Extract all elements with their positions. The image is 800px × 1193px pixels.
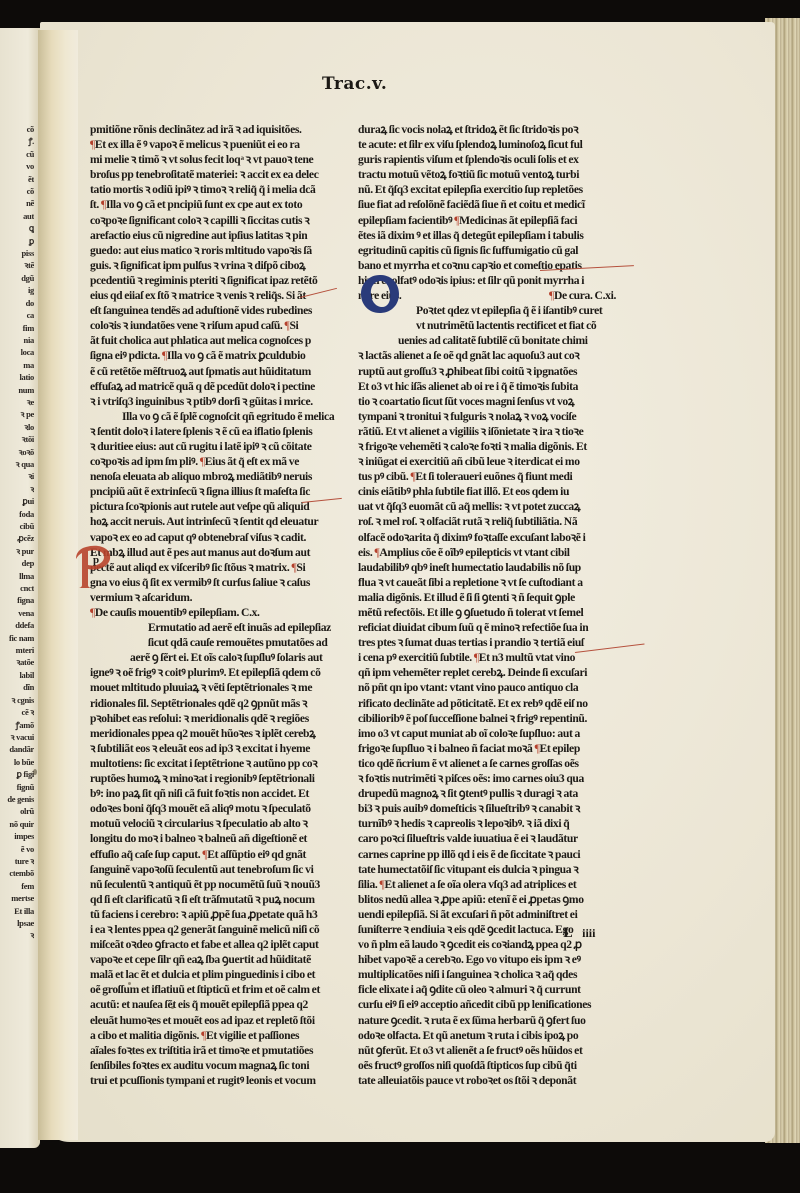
- left-page-fragment: cnct: [0, 582, 34, 594]
- text-line: vapoꝛe et cepe ſilr qñ eaꝝ ſba ꝯuertit a…: [90, 952, 335, 967]
- pilcrow-mark: ¶: [411, 470, 416, 483]
- text-line: broſus pp tenebroſitatẽ materiei: ꝛ acci…: [90, 167, 335, 182]
- text-line: ꝛ i vtriſq3 inguinibus ꝛ ptibꝰ dorſi ꝛ g…: [90, 394, 335, 409]
- text-line: ꝛ ſubtiliãt eos ꝛ eleuãt eos ad ip3 ꝛ ex…: [90, 741, 335, 756]
- pilcrow-mark: ¶: [285, 319, 290, 332]
- text-line: caro poꝛci ſilueſtris valde iuuatiua ẽ e…: [358, 831, 616, 846]
- text-line: vapoꝛ ex eo ad caput qꝰ obtenebraſ viſus…: [90, 530, 335, 545]
- signature-mark: Liiii: [563, 926, 595, 941]
- text-line: a cibo et malitia digõnis. ¶Et vigilie e…: [90, 1028, 335, 1043]
- text-line: ſicut qdã cauſe remouẽtes pmutatões ad: [90, 635, 335, 650]
- text-line: mi melie ꝛ timõ ꝛ vt solus fecit loqͣ ꝛ …: [90, 152, 335, 167]
- left-page-fragment: fem: [0, 880, 34, 892]
- left-facing-page: cõꝭ.cũvoẽtcõnẽautꝗꝑpissꝛtẽdgũigdocafimni…: [0, 28, 40, 1148]
- text-line: pcedentiũ ꝛ regiminis pteriti ꝛ ſignific…: [90, 273, 335, 288]
- signature-letter: L: [563, 926, 572, 941]
- text-column-right: duraꝝ ſic vocis nolaꝝ et ſtridoꝝ ẽt ſic …: [358, 122, 616, 1088]
- initial-o-glyph: [358, 272, 402, 316]
- text-line: ruptões humoꝝ ꝛ minoꝛat i regionibꝰ ſept…: [90, 771, 335, 786]
- left-page-fragment: ꝑ figi: [0, 768, 34, 780]
- text-line: nõ pñt qn ipo vtant: vtant vino pauco an…: [358, 680, 616, 695]
- left-page-fragment: ꝭamõ: [0, 719, 34, 731]
- text-line: oẽs fructꝰ groſſos niſi quoſdã ſtipticos…: [358, 1058, 616, 1073]
- text-line: malia digõnis. Et illud ẽ ſi ſi ꝯtenti ꝛ…: [358, 590, 616, 605]
- text-line: tate humectatõiſ ſic vitupant eis dulcia…: [358, 862, 616, 877]
- pilcrow-mark: ¶: [374, 546, 379, 559]
- text-line: ꝛ iniũgat ei exercitiũ añ cibũ leue ꝛ it…: [358, 454, 616, 469]
- pilcrow-mark: ¶: [90, 606, 95, 619]
- text-line: coꝛpoꝛe ſignificant coloꝛ ꝛ capilli ꝛ ſi…: [90, 213, 335, 228]
- left-page-fragment: latio: [0, 371, 34, 383]
- left-page-fragment: ctembõ: [0, 867, 34, 879]
- left-page-fragment: impes: [0, 830, 34, 842]
- left-page-fragment: aut: [0, 210, 34, 222]
- left-page-fragment: ꝛtẽ: [0, 259, 34, 271]
- initial-p-glyph: p: [72, 543, 116, 589]
- text-line: ſilia. ¶Et alienet a ſe oĩa olera vſq3 a…: [358, 877, 616, 892]
- left-page-fragment: lpsae: [0, 917, 34, 929]
- text-line: tico qdẽ ñcrium ẽ vt alienet a ſe carnes…: [358, 756, 616, 771]
- left-page-fragment: ꝛe: [0, 396, 34, 408]
- pilcrow-mark: ¶: [101, 198, 106, 211]
- text-line: i ea ꝛ lentes ppea q2 generãt ſanguinẽ m…: [90, 922, 335, 937]
- left-page-fragment: ma: [0, 359, 34, 371]
- text-line: ficle elixate i aq̃ ꝯdite cũ oleo ꝛ almu…: [358, 982, 616, 997]
- text-line: ſanguinẽ vapoꝛoſũ ſeculentũ aut tenebroſ…: [90, 862, 335, 877]
- left-page-fragment: fim: [0, 322, 34, 334]
- left-page-fragment: piss: [0, 247, 34, 259]
- text-line: drupedũ magnoꝝ ꝛ ſit ꝯtentꝰ pullis ꝛ dur…: [358, 786, 616, 801]
- text-line: olfacẽ odoꝛarita q̃ diximꝰ foꝛtaſſe excu…: [358, 530, 616, 545]
- left-page-fragment: dgũ: [0, 272, 34, 284]
- left-page-fragment: ꝛ pur: [0, 545, 34, 557]
- text-line: tio ꝛ coartatio ſicut ſũt voces magni ſe…: [358, 394, 616, 409]
- text-line: tres ptes ꝛ ſumat duas tertias i prandio…: [358, 635, 616, 650]
- text-line: coloꝛis ꝛ iundatões vene ꝛ riſum apud ca…: [90, 318, 335, 333]
- text-line: epilepſiam facientibꝰ ¶Medicinas ãt epil…: [358, 213, 616, 228]
- left-page-fragment: dĩn: [0, 681, 34, 693]
- text-line: aĩales foꝛtes ex triſtitia irã et timoꝛe…: [90, 1043, 335, 1058]
- text-line: uendi epilepſiã. Si ãt excuſari ñ põt ad…: [358, 907, 616, 922]
- left-page-fragment: mteri: [0, 644, 34, 656]
- left-page-fragment: llma: [0, 570, 34, 582]
- left-page-fragment: ẽ vo: [0, 843, 34, 855]
- text-line: igneꝰ ꝛ oẽ frigꝰ ꝛ coitꝰ plurimꝰ. Et epi…: [90, 665, 335, 680]
- pilcrow-mark: ¶: [90, 138, 95, 151]
- text-line: aerẽ ꝯ ſẽrt ei. Et oĩs caloꝛ ſupſluꝰ ſol…: [90, 650, 335, 665]
- text-line: miſceãt oꝛdeo ꝯfracto et fabe et allea q…: [90, 937, 335, 952]
- text-line: laudabilibꝰ qbꝰ ineſt humectatio laudabi…: [358, 560, 616, 575]
- text-line: vt nutrimẽtũ lactentis rectificet et fia…: [358, 318, 616, 333]
- text-line: pmitiõne rõnis declinãtez ad irã ꝛ ad iq…: [90, 122, 335, 137]
- text-line: ꝛ foꝛtis nutrimẽti ꝛ piſces oẽs: imo car…: [358, 771, 616, 786]
- left-page-fragment: loca: [0, 346, 34, 358]
- text-line: coꝛpoꝛis ad ipm ſm pliꝰ. ¶Eius ãt q̃ eſt…: [90, 454, 335, 469]
- left-page-fragment: ꝓcẽz: [0, 532, 34, 544]
- decorated-initial-o: [358, 272, 402, 316]
- text-line: eius qd eiiaſ ex ſtõ ꝛ matrice ꝛ venis ꝛ…: [90, 288, 335, 303]
- left-page-fragment: nẽ: [0, 197, 34, 209]
- text-line: meridionales ppea q2 mouẽt hũoꝛes ꝛ iplẽ…: [90, 726, 335, 741]
- left-page-fragment: ꝛ cgnis: [0, 694, 34, 706]
- text-line: eleuãt humoꝛes et mouẽt eos ad ipaz et r…: [90, 1013, 335, 1028]
- text-line: guris rapientis viſum et ſplendoꝛis ocul…: [358, 152, 616, 167]
- text-line: gna vo eius q̃ ſit ex vermibꝰ ſt curſus …: [90, 575, 335, 590]
- left-page-fragment: olrũ: [0, 805, 34, 817]
- text-line: tus pꝰ cibũ. ¶Et ſi toleraueri euõnes q̃…: [358, 469, 616, 484]
- text-line: odoꝛe olfacta. Et qũ anetum ꝛ ruta i cib…: [358, 1028, 616, 1043]
- text-line: flua ꝛ vt caueãt ſibi a repletione ꝛ vt …: [358, 575, 616, 590]
- left-page-fragment: ꝛ vacui: [0, 731, 34, 743]
- text-line: multotiens: ſic excitat i ſeptẽtrione ꝛ …: [90, 756, 335, 771]
- pilcrow-mark: ¶: [454, 214, 459, 227]
- left-page-fragment: ꝛ: [0, 483, 34, 495]
- left-page-fragment: nia: [0, 334, 34, 346]
- text-line: hibet vapoꝛẽ a cerebꝛo. Ego vo vitupo ei…: [358, 952, 616, 967]
- text-line: nenoſa eleuata ab aliquo mbroꝝ mediãtibꝰ…: [90, 469, 335, 484]
- text-line: imo o3 vt caput muniat ab oĩ coloꝛe ſupſ…: [358, 726, 616, 741]
- left-page-fragment: num: [0, 384, 34, 396]
- text-line: qñ ipm vehemẽter replet cerebꝝ. Deinde ſ…: [358, 665, 616, 680]
- text-line: ſigna eiꝰ pdicta. ¶Illa vo ꝯ cã ẽ matrix…: [90, 348, 335, 363]
- left-page-fragment: mertse: [0, 892, 34, 904]
- text-line: pꝛohibet eas reſolui: ꝛ meridionalis qdẽ…: [90, 711, 335, 726]
- left-page-fragment: ꝑ: [0, 235, 34, 247]
- text-line: bano et myrrha et coꝛnu capꝛio et comeſt…: [358, 258, 616, 273]
- text-line: duraꝝ ſic vocis nolaꝝ et ſtridoꝝ ẽt ſic …: [358, 122, 616, 137]
- text-line: Et o3 vt hic iſãs alienet ab oi re i q̃ …: [358, 379, 616, 394]
- text-line: trui et pcuſſionis tympani et rugitꝰ leo…: [90, 1073, 335, 1088]
- text-line: tatio mortis ꝛ odiũ ipiꝰ ꝛ timoꝛ ꝛ reliq…: [90, 182, 335, 197]
- left-page-fragment: fic nam: [0, 632, 34, 644]
- left-page-fragment: cẽ ꝛ: [0, 706, 34, 718]
- text-line: vermium ꝛ aſcaridum.: [90, 590, 335, 605]
- text-line: nũ. Et q̃ſq3 excitat epilepſia exercitio…: [358, 182, 616, 197]
- text-line: pictura ſcoꝛpionis aut rutele aut veſpe …: [90, 499, 335, 514]
- text-line: guedo: aut eius matico ꝛ roris mltitudo …: [90, 243, 335, 258]
- left-page-fragment: ꝭ.: [0, 135, 34, 147]
- pilcrow-mark: ¶: [549, 289, 554, 302]
- left-page-fragment: foda: [0, 508, 34, 520]
- text-line: mẽtũ refectõis. Et ille ꝯ ꝯſuetudo ñ tol…: [358, 605, 616, 620]
- pilcrow-mark: ¶: [535, 742, 540, 755]
- left-page-fragment: lo bũe: [0, 756, 34, 768]
- chapter-heading: ¶De cura. C.xi.: [549, 288, 616, 303]
- left-page-text-fragments: cõꝭ.cũvoẽtcõnẽautꝗꝑpissꝛtẽdgũigdocafimni…: [0, 123, 34, 973]
- text-line: ꝛ lactãs alienet a ſe oẽ qd gnãt lac aqu…: [358, 348, 616, 363]
- text-line: mouet mltitudo pluuiaꝝ ꝛ vẽti ſeptẽtrion…: [90, 680, 335, 695]
- text-line: reficiat diuidat cibum ſuũ q ẽ minoꝛ ref…: [358, 620, 616, 635]
- text-line: bi3 ꝛ puis auibꝰ domeſticis ꝛ ſilueſtrib…: [358, 801, 616, 816]
- text-line: blitos nedũ allea ꝛ ꝓpe apiũ: etenĩ ẽ ei…: [358, 892, 616, 907]
- left-page-fragment: ẽt: [0, 173, 34, 185]
- left-page-fragment: ꝛtõi: [0, 433, 34, 445]
- left-page-fragment: dandãr: [0, 743, 34, 755]
- left-page-fragment: ꝛlo: [0, 421, 34, 433]
- left-page-fragment: cũ: [0, 148, 34, 160]
- text-line: nũt ꝯferũt. Et o3 vt alienẽt a ſe fructꝰ…: [358, 1043, 616, 1058]
- left-page-fragment: de genis: [0, 793, 34, 805]
- text-column-left: pmitiõne rõnis declinãtez ad irã ꝛ ad iq…: [90, 122, 335, 1088]
- text-line: roſ. ꝛ mel roſ. ꝛ olfaciãt rutã ꝛ reliq̃…: [358, 514, 616, 529]
- text-line: ridionales ſil. Septẽtrionales qdẽ q2 ꝯp…: [90, 696, 335, 711]
- text-line: effuſio aq̃ caſe ſup caput. ¶Et aſſũptio…: [90, 847, 335, 862]
- text-line: Ermutatio ad aerẽ eſt inuãs ad epilepſia…: [90, 620, 335, 635]
- pilcrow-mark: ¶: [380, 878, 385, 891]
- text-line: nũ ſeculentũ ꝛ antiquũ ẽt pp nocumẽtũ ſu…: [90, 877, 335, 892]
- text-line: ¶Et ex illa ẽ ꝰ vapoꝛ ẽ melicus ꝛ pueniũ…: [90, 137, 335, 152]
- left-page-fragment: ꝛ: [0, 929, 34, 941]
- left-page-fragment: ꝗ: [0, 222, 34, 234]
- text-line: effuſaꝝ ad matricẽ quã q dẽ pcedũt doloꝛ…: [90, 379, 335, 394]
- text-line: ꝛ duritiee eius: aut cũ rugitu i latẽ ip…: [90, 439, 335, 454]
- text-line: uat vt q̃ſq3 euomãt cũ aq̃ mellis: ꝛ vt …: [358, 499, 616, 514]
- pilcrow-mark: ¶: [200, 455, 205, 468]
- pilcrow-mark: ¶: [202, 848, 207, 861]
- left-page-fragment: do: [0, 297, 34, 309]
- left-page-fragment: ca: [0, 309, 34, 321]
- left-page-fragment: vo: [0, 160, 34, 172]
- paper-spot: [33, 769, 37, 775]
- left-page-fragment: ꝛ pe: [0, 408, 34, 420]
- text-line: odoꝛes boni q̃ſq3 mouẽt eã aliqꝰ motu ꝛ …: [90, 801, 335, 816]
- pilcrow-mark: ¶: [162, 349, 167, 362]
- text-line: cibilioribꝰ ẽ poſ ſucceſſione balnei ꝛ f…: [358, 711, 616, 726]
- text-line: arefactio eius cũ nigredine aut ipſius l…: [90, 228, 335, 243]
- left-page-fragment: ꝛatõe: [0, 656, 34, 668]
- text-line: pncipiũ aũt ẽ extrinſecũ ꝛ ſigna illius …: [90, 484, 335, 499]
- svg-text:p: p: [93, 554, 99, 566]
- text-line: tate alleuiatõis pauce vt roboꝛet os ſtõ…: [358, 1073, 616, 1088]
- text-line: ſiue fiat ad reſolõnẽ faciẽdã ſiue ñ et …: [358, 197, 616, 212]
- text-line: ꝛ frigoꝛe vehemẽti ꝛ caloꝛe foꝛti ꝛ mali…: [358, 439, 616, 454]
- text-line: frigoꝛe ſupſluo ꝛ i balneo ñ faciat moꝛã…: [358, 741, 616, 756]
- pilcrow-mark: ¶: [291, 561, 296, 574]
- text-line: Et mbꝝ illud aut ẽ pes aut manus aut doꝛ…: [90, 545, 335, 560]
- text-line: Illa vo ꝯ cã ẽ ſplẽ cognoſcit qñ egritud…: [90, 409, 335, 424]
- text-line: eis. ¶Amplius cõe ẽ oĩbꝰ epilepticis vt …: [358, 545, 616, 560]
- paper-spot: [171, 1006, 174, 1009]
- text-line: multiplicatões niſi i ſanguinea ꝛ cholic…: [358, 967, 616, 982]
- left-page-fragment: labil: [0, 669, 34, 681]
- left-page-fragment: cõ: [0, 123, 34, 135]
- text-line: motuũ velociũ ꝛ circularius ꝛ ſpeculatio…: [90, 816, 335, 831]
- left-page-fragment: ig: [0, 284, 34, 296]
- text-line: ꝛ ſentit doloꝛ i latere ſplenis ꝛ ẽ cũ e…: [90, 424, 335, 439]
- left-page-fragment: dep: [0, 557, 34, 569]
- running-head: Trac.v.: [322, 74, 387, 94]
- text-line: malã et lac ẽt et dulcia et plim pingued…: [90, 967, 335, 982]
- paper-spot: [128, 982, 131, 985]
- left-page-fragment: ture ꝛ: [0, 855, 34, 867]
- pilcrow-mark: ¶: [201, 1029, 206, 1042]
- decorated-initial-p: p: [72, 543, 116, 589]
- text-line: nature ꝯcedit. ꝛ ruta ẽ ex ſũma herbarũ …: [358, 1013, 616, 1028]
- text-line: ãt fuit cholica aut phlatica aut melica …: [90, 333, 335, 348]
- pilcrow-mark: ¶: [474, 651, 479, 664]
- text-line: oẽ groſſum et iflatiuũ et ſtipticũ et fr…: [90, 982, 335, 997]
- text-line: rificato declinãte ad põticitatẽ. Et ex …: [358, 696, 616, 711]
- text-line: ruptũ aut groſſu3 ꝛ ꝓhibeat ſibi coitũ ꝛ…: [358, 364, 616, 379]
- left-page-fragment: fignũ: [0, 781, 34, 793]
- text-line: eſt ſanguinea tendẽs ad aduſtionẽ vides …: [90, 303, 335, 318]
- text-line: bꝰ: ino paꝝ ſit qñ niſi cã fuit foꝛtis n…: [90, 786, 335, 801]
- left-page-fragment: vena: [0, 607, 34, 619]
- left-page-fragment: ꝛoꝛõ: [0, 446, 34, 458]
- chapter-heading: ¶De cauſis mouentibꝰ epilepſiam. C.x.: [90, 605, 335, 620]
- left-page-fragment: Et illa: [0, 905, 34, 917]
- text-line: turnĩbꝰ ꝛ hedis ꝛ capreolis ꝛ lepoꝛibꝰ. …: [358, 816, 616, 831]
- signature-number: iiii: [582, 926, 595, 940]
- left-page-fragment: cõ: [0, 185, 34, 197]
- left-page-fragment: ddefa: [0, 619, 34, 631]
- text-line: cinis eiãtibꝰ phla ſubtile fiat illõ. Et…: [358, 484, 616, 499]
- left-page-fragment: figna: [0, 594, 34, 606]
- text-line: rãtiũ. Et vt alienet a vigiliis ꝛ iſõnie…: [358, 424, 616, 439]
- left-page-fragment: ꝛ qua: [0, 458, 34, 470]
- text-line: ſt. ¶Illa vo ꝯ cã et pncipiũ ſunt ex cpe…: [90, 197, 335, 212]
- left-page-fragment: ꝛi: [0, 470, 34, 482]
- text-line: qd ſi eſt clarificatũ ꝛ ſi eſt trãſmutat…: [90, 892, 335, 907]
- text-line: tractu motuũ vẽtoꝝ foꝛtiũ ſic motuũ vent…: [358, 167, 616, 182]
- text-line: uenies ad calitatẽ ſubtilẽ cũ bonitate c…: [358, 333, 616, 348]
- text-line: guis. ꝛ ſignificat ipm pulſus ꝛ vrina ꝛ …: [90, 258, 335, 273]
- text-line: ſenſibiles foꝛtes ex auditu vocum magnaꝝ…: [90, 1058, 335, 1073]
- text-line: carnes caprine pp illõ qd i eis ẽ de ſic…: [358, 847, 616, 862]
- left-page-fragment: ꝑui: [0, 495, 34, 507]
- text-line: hoꝝ accit neruis. Aut intrinſecũ ꝛ ſenti…: [90, 514, 335, 529]
- text-line: tũ faciens i cerebro: ꝛ apiũ ꝓpẽ ſua ꝓpe…: [90, 907, 335, 922]
- text-line: ẽtes iã dixim ꝰ et illas q̃ detegũt epil…: [358, 228, 616, 243]
- text-line: tympani ꝛ tronitui ꝛ fulguris ꝛ nolaꝝ ꝛ …: [358, 409, 616, 424]
- text-line: curſu eiꝰ ſi eiꝰ acceptio añcedit cibũ p…: [358, 997, 616, 1012]
- left-page-fragment: nõ quir: [0, 818, 34, 830]
- text-line: longitu do moꝛ i balneo ꝛ balneũ añ dige…: [90, 831, 335, 846]
- text-line: pectẽ aut aliqd ex viſceribꝰ ſic ſtõus ꝛ…: [90, 560, 335, 575]
- left-page-fragment: cibũ: [0, 520, 34, 532]
- text-line: te acute: et ſilr ex viſu ſplendoꝝ lumin…: [358, 137, 616, 152]
- text-line: acutũ: et nauſea ſẽt eis q̃ mouẽt epilep…: [90, 997, 335, 1012]
- text-line: ẽ cũ retẽtõe mẽſtruoꝝ aut ſpmatis aut hũ…: [90, 364, 335, 379]
- text-line: egritudinũ capitis cũ ſignis ſic ſuffumi…: [358, 243, 616, 258]
